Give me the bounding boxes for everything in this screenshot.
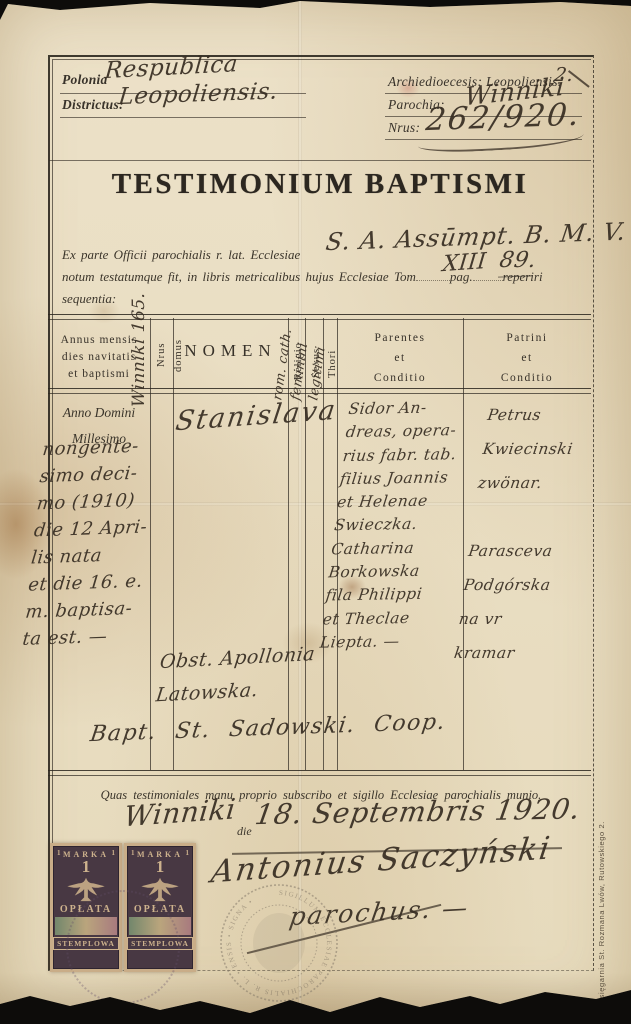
intro-line3: sequentia: (62, 291, 116, 306)
cancellation-seal-mark (66, 890, 180, 1004)
stamp-corner-value: 1 (57, 849, 61, 857)
tom-number-handwritten: XIII (441, 249, 487, 277)
entry-date-handwritten: nongente- simo deci- mo (1910) die 12 Ap… (21, 432, 160, 653)
intro-line2a: notum testatumque fit, in libris metrica… (62, 269, 416, 284)
entry-house-number-handwritten: Winniki 165. (129, 143, 149, 408)
date-handwritten: 18. Septembris 1920. (253, 792, 583, 831)
intro-line1: Ex parte Officii parochialis r. lat. Ecc… (62, 247, 300, 262)
polonia-label: Polonia (62, 72, 108, 88)
paper-sheet: Polonia Respublica Districtus: Leopolien… (0, 0, 631, 1024)
stamp-value: 1 (156, 859, 165, 875)
table-bottom-rule (48, 770, 591, 776)
stamp-corner-value: 1 (186, 849, 190, 857)
districtus-label: Districtus: (62, 97, 124, 113)
church-seal-stamp: SIGILLUM ECCLESIAE PAROCHIALIS R. L. • E… (216, 880, 342, 1006)
nrus-label: Nrus: (388, 120, 420, 136)
stamp-corner-value: 1 (112, 849, 116, 857)
col-header-patrini: Patrini et Conditio (463, 328, 591, 388)
column-line (150, 318, 151, 770)
col-header-parentes: Parentes et Conditio (337, 328, 463, 388)
field-underline (60, 117, 306, 118)
stamp-value: 1 (82, 859, 91, 875)
col-header-nomen: NOMEN (173, 342, 288, 359)
page-number-handwritten: 89. (498, 248, 539, 273)
stamp-corner-value: 1 (131, 849, 135, 857)
scanned-baptism-certificate: Polonia Respublica Districtus: Leopolien… (0, 0, 631, 1024)
midwife-note-handwritten: Obst. Apollonia Latowska. (154, 635, 372, 713)
field-underline (385, 139, 582, 140)
printer-imprint: Księgarnia St. Rozmana Lwów, Rutowskiego… (597, 752, 606, 1004)
die-label: die (237, 824, 252, 839)
